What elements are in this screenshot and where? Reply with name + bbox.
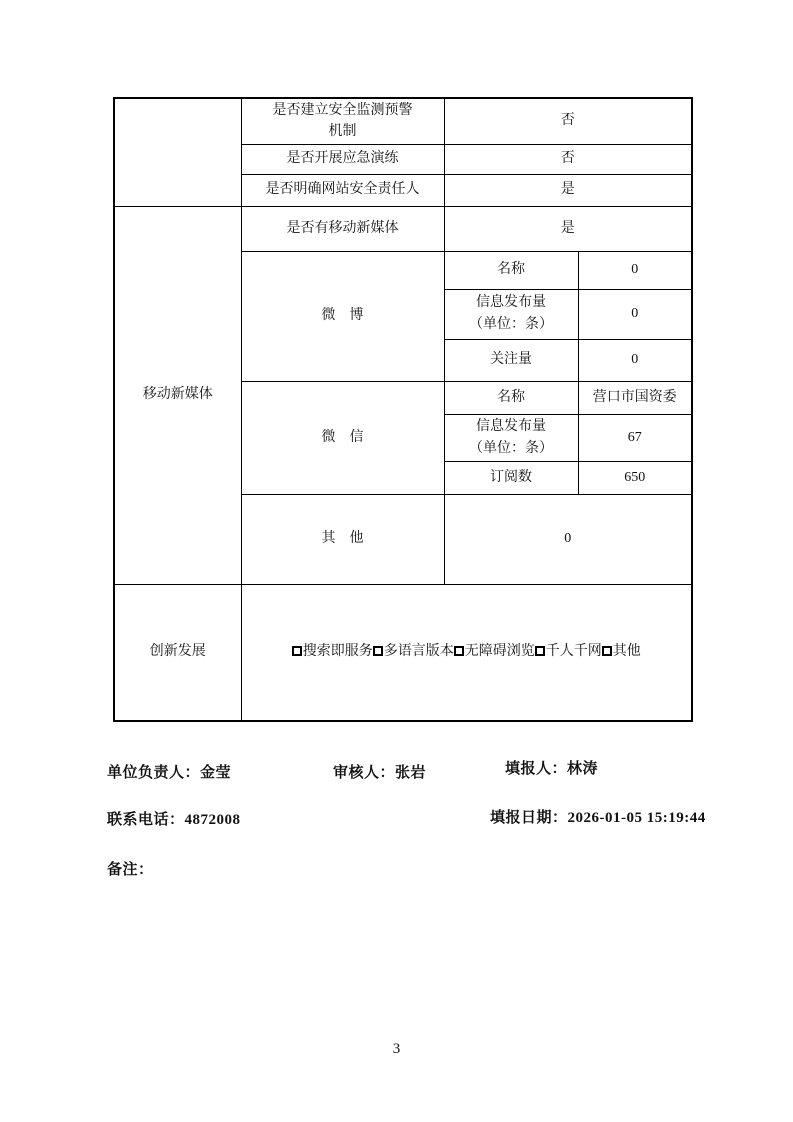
checkbox-label: 千人千网: [546, 644, 602, 659]
remarks-label: 备注：: [107, 862, 154, 878]
checkbox-label: 其他: [613, 644, 641, 659]
weibo-value-cell: 0: [578, 289, 692, 339]
filler-field: 填报人：林涛: [505, 757, 598, 778]
annual-report-table: 是否建立安全监测预警 机制 否 是否开展应急演练 否 是否明确网站安全责任人 是…: [113, 97, 693, 722]
checkbox-icon: [602, 646, 612, 656]
weibo-value-cell: 0: [578, 339, 692, 381]
has-mobile-question-cell: 是否有移动新媒体: [241, 206, 444, 251]
page-number: 3: [0, 1041, 793, 1058]
has-mobile-answer-cell: 是: [444, 206, 692, 251]
security-question-cell: 是否开展应急演练: [241, 144, 444, 174]
report-page: 是否建立安全监测预警 机制 否 是否开展应急演练 否 是否明确网站安全责任人 是…: [0, 0, 793, 1122]
checkbox-icon: [292, 646, 302, 656]
checkbox-icon: [454, 646, 464, 656]
wechat-value-cell: 650: [578, 461, 692, 494]
checkbox-label: 无障碍浏览: [465, 644, 535, 659]
security-answer-cell: 是: [444, 174, 692, 206]
weibo-value-cell: 0: [578, 251, 692, 289]
weibo-field-cell: 名称: [444, 251, 578, 289]
weibo-field-cell: 关注量: [444, 339, 578, 381]
remarks-field: 备注：: [107, 858, 154, 879]
checkbox-label: 多语言版本: [384, 644, 454, 659]
phone-field: 联系电话：4872008: [107, 808, 241, 829]
checkbox-option-other: 其他: [602, 644, 641, 659]
other-media-label-cell: 其 他: [241, 494, 444, 584]
phone-value: 4872008: [185, 812, 241, 828]
phone-label: 联系电话：: [107, 812, 185, 828]
security-answer-cell: 否: [444, 98, 692, 144]
reviewer-value: 张岩: [395, 765, 426, 781]
weibo-field-cell: 信息发布量 （单位：条）: [444, 289, 578, 339]
wechat-field-cell: 信息发布量 （单位：条）: [444, 414, 578, 461]
other-media-value-cell: 0: [444, 494, 692, 584]
wechat-label-cell: 微 信: [241, 381, 444, 494]
checkbox-option-personalized: 千人千网: [535, 644, 602, 659]
filler-value: 林涛: [567, 761, 598, 777]
table-row: 是否建立安全监测预警 机制 否: [114, 98, 692, 144]
table-row: 创新发展 搜索即服务多语言版本无障碍浏览千人千网其他: [114, 584, 692, 721]
checkbox-icon: [535, 646, 545, 656]
wechat-field-cell: 名称: [444, 381, 578, 414]
filler-label: 填报人：: [505, 761, 567, 777]
checkbox-icon: [373, 646, 383, 656]
innovation-options-cell: 搜索即服务多语言版本无障碍浏览千人千网其他: [241, 584, 692, 721]
fill-date-value: 2026-01-05 15:19:44: [568, 810, 706, 826]
security-question-cell: 是否明确网站安全责任人: [241, 174, 444, 206]
checkbox-option-search-service: 搜索即服务: [292, 644, 373, 659]
table-row: 移动新媒体 是否有移动新媒体 是: [114, 206, 692, 251]
security-question-cell: 是否建立安全监测预警 机制: [241, 98, 444, 144]
checkbox-option-accessibility: 无障碍浏览: [454, 644, 535, 659]
wechat-value-cell: 67: [578, 414, 692, 461]
wechat-field-cell: 订阅数: [444, 461, 578, 494]
wechat-value-cell: 营口市国资委: [578, 381, 692, 414]
mobile-media-side-cell: 移动新媒体: [114, 206, 241, 584]
innovation-side-cell: 创新发展: [114, 584, 241, 721]
weibo-label-cell: 微 博: [241, 251, 444, 381]
unit-head-value: 金莹: [200, 765, 231, 781]
reviewer-field: 审核人：张岩: [333, 761, 426, 782]
fill-date-field: 填报日期：2026-01-05 15:19:44: [490, 806, 706, 827]
unit-head-field: 单位负责人：金莹: [107, 761, 231, 782]
checkbox-label: 搜索即服务: [303, 644, 373, 659]
security-answer-cell: 否: [444, 144, 692, 174]
checkbox-option-multilingual: 多语言版本: [373, 644, 454, 659]
reviewer-label: 审核人：: [333, 765, 395, 781]
fill-date-label: 填报日期：: [490, 810, 568, 826]
security-side-cell: [114, 98, 241, 206]
unit-head-label: 单位负责人：: [107, 765, 200, 781]
